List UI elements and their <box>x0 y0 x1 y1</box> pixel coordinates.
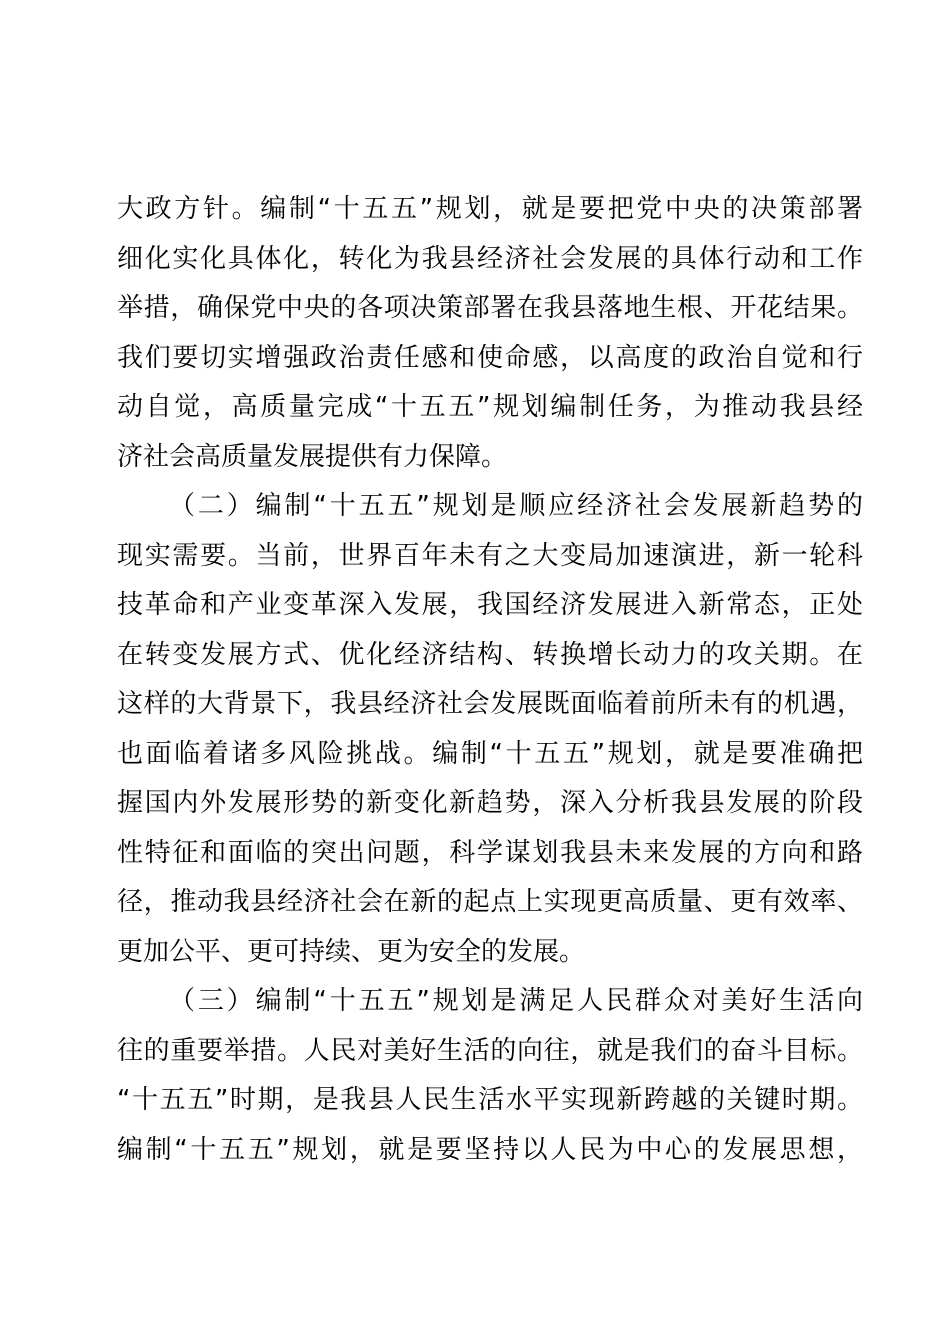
text-line: 我们要切实增强政治责任感和使命感，以高度的政治自觉和行 <box>117 334 863 384</box>
text-line: 动自觉，高质量完成“十五五”规划编制任务，为推动我县经 <box>117 383 863 433</box>
text-line: 现实需要。当前，世界百年未有之大变局加速演进，新一轮科 <box>117 532 863 582</box>
text-line: “十五五”时期，是我县人民生活水平实现新跨越的关键时期。 <box>117 1076 863 1126</box>
text-line: 往的重要举措。人民对美好生活的向往，就是我们的奋斗目标。 <box>117 1027 863 1077</box>
text-line: 径，推动我县经济社会在新的起点上实现更高质量、更有效率、 <box>117 878 863 928</box>
text-line-section-2-start: （二）编制“十五五”规划是顺应经济社会发展新趋势的 <box>117 482 863 532</box>
text-line: 性特征和面临的突出问题，科学谋划我县未来发展的方向和路 <box>117 829 863 879</box>
document-page: 大政方针。编制“十五五”规划，就是要把党中央的决策部署 细化实化具体化，转化为我… <box>0 0 950 1344</box>
text-line: 济社会高质量发展提供有力保障。 <box>117 433 863 483</box>
text-line: 技革命和产业变革深入发展，我国经济发展进入新常态，正处 <box>117 581 863 631</box>
text-line: 举措，确保党中央的各项决策部署在我县落地生根、开花结果。 <box>117 284 863 334</box>
text-line: 细化实化具体化，转化为我县经济社会发展的具体行动和工作 <box>117 235 863 285</box>
document-body-text: 大政方针。编制“十五五”规划，就是要把党中央的决策部署 细化实化具体化，转化为我… <box>117 185 863 1175</box>
text-line: 大政方针。编制“十五五”规划，就是要把党中央的决策部署 <box>117 185 863 235</box>
text-line: 编制“十五五”规划，就是要坚持以人民为中心的发展思想， <box>117 1126 863 1176</box>
text-line-section-3-start: （三）编制“十五五”规划是满足人民群众对美好生活向 <box>117 977 863 1027</box>
text-line: 也面临着诸多风险挑战。编制“十五五”规划，就是要准确把 <box>117 730 863 780</box>
text-line: 更加公平、更可持续、更为安全的发展。 <box>117 928 863 978</box>
text-line: 握国内外发展形势的新变化新趋势，深入分析我县发展的阶段 <box>117 779 863 829</box>
text-line: 这样的大背景下，我县经济社会发展既面临着前所未有的机遇， <box>117 680 863 730</box>
text-line: 在转变发展方式、优化经济结构、转换增长动力的攻关期。在 <box>117 631 863 681</box>
